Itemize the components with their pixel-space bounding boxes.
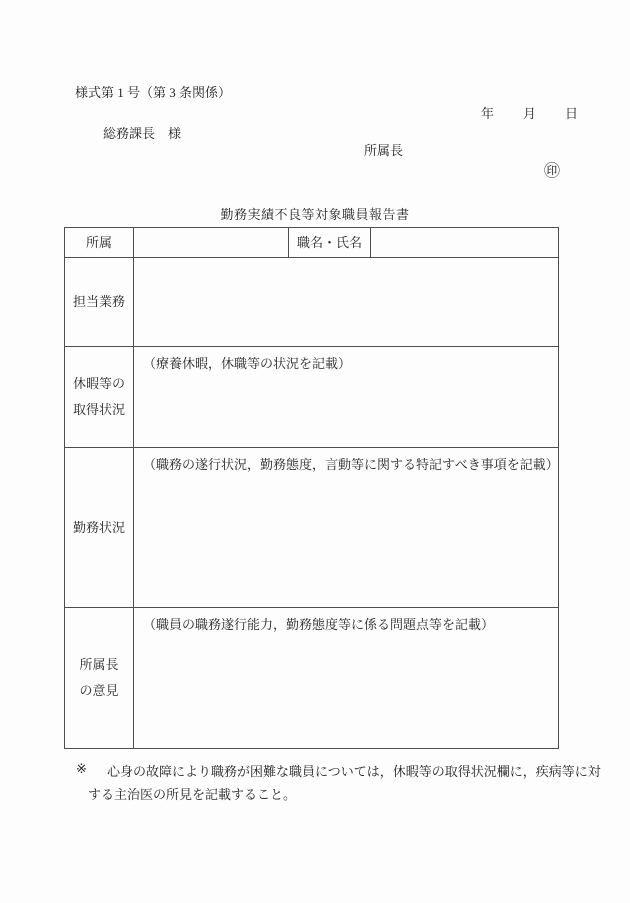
work-status-label-line: 勤務状況 [67,515,131,541]
name-value-cell [371,228,559,258]
supervisor-opinion-hint: （職員の職務遂行能力，勤務態度等に係る問題点等を記載） [143,614,550,633]
affiliation-value-cell [134,228,289,258]
footnote-line-1: 心身の故障により職務が困難な職員については，休暇等の取得状況欄に，疾病等に対 [107,761,601,780]
page-title: 勤務実績不良等対象職員報告書 [0,204,630,223]
table-row-leave-status: 休暇等の 取得状況 （療養休暇，休職等の状況を記載） [65,347,559,448]
table-row-supervisor-opinion: 所属長 の意見 （職員の職務遂行能力，勤務態度等に係る問題点等を記載） [65,608,559,749]
work-status-content-cell: （職務の遂行状況，勤務態度，言動等に関する特記すべき事項を記載） [134,448,559,608]
form-number: 様式第 1 号（第 3 条関係） [75,82,231,101]
table-row-identity: 所属 職名・氏名 [65,228,559,258]
reporter-title: 所属長 [364,140,403,159]
affiliation-label: 所属 [65,228,134,258]
leave-status-label: 休暇等の 取得状況 [65,347,134,448]
leave-status-hint: （療養休暇，休職等の状況を記載） [143,353,550,372]
duties-label-line: 担当業務 [67,289,131,315]
supervisor-opinion-label-line1: 所属長 [67,652,131,678]
supervisor-opinion-label-line2: の意見 [67,678,131,704]
footnote-line-2: する主治医の所見を記載すること。 [88,784,296,803]
leave-status-content-cell: （療養休暇，休職等の状況を記載） [134,347,559,448]
footnote-marker: ※ [76,761,87,777]
leave-status-label-line2: 取得状況 [67,397,131,423]
table-row-work-status: 勤務状況 （職務の遂行状況，勤務態度，言動等に関する特記すべき事項を記載） [65,448,559,608]
leave-status-label-line1: 休暇等の [67,371,131,397]
duties-content-cell [134,258,559,347]
table-row-duties: 担当業務 [65,258,559,347]
work-status-hint: （職務の遂行状況，勤務態度，言動等に関する特記すべき事項を記載） [143,454,550,473]
supervisor-opinion-content-cell: （職員の職務遂行能力，勤務態度等に係る問題点等を記載） [134,608,559,749]
date-line: 年 月 日 [481,103,579,122]
addressee: 総務課長 様 [103,123,181,142]
seal-mark-icon: ㊞ [544,158,560,181]
report-table: 所属 職名・氏名 担当業務 休暇等の 取得状況 （療養休暇，休職等の状況を記載） [64,227,559,749]
supervisor-opinion-label: 所属長 の意見 [65,608,134,749]
duties-label: 担当業務 [65,258,134,347]
report-form-page: 様式第 1 号（第 3 条関係） 年 月 日 総務課長 様 所属長 ㊞ 勤務実績… [0,0,630,903]
work-status-label: 勤務状況 [65,448,134,608]
name-label: 職名・氏名 [289,228,371,258]
